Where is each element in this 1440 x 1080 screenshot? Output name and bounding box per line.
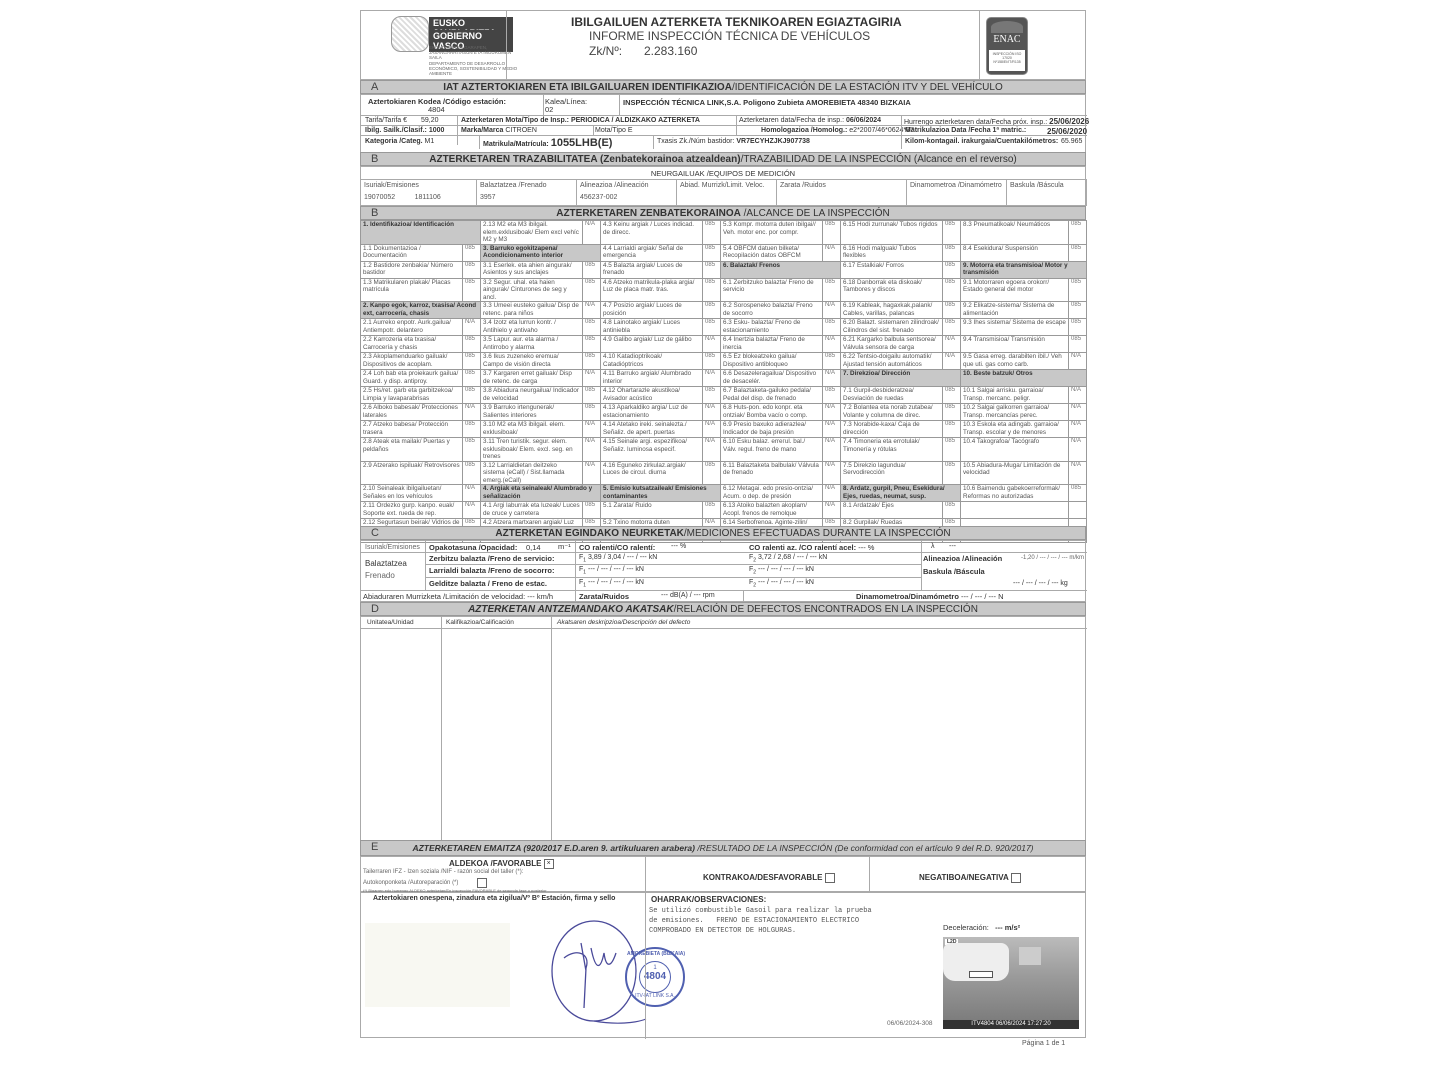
scope-item-result: N/A — [943, 336, 961, 353]
scope-item: 2.3 Akoplamenduarko gailuak/ Dispositivo… — [361, 353, 463, 370]
scope-item: 10.1 Salgai arrisku. garraioa/ Transp. m… — [961, 387, 1069, 404]
observations-text: Se utilizó combustible Gasoil para reali… — [649, 906, 872, 936]
report-number-label: Zk/Nº: — [589, 44, 622, 58]
scope-item: 3.10 M2 eta M3 ibilgail. elem. exklusibo… — [481, 421, 583, 438]
scope-row: 2.10 Seinaleak ibilgailuetan/ Señales en… — [361, 485, 1087, 502]
scope-item: 4.11 Barruko argiak/ Alumbrado interior — [601, 370, 703, 387]
scope-item-result: N/A — [823, 485, 841, 502]
scope-item-result: N/A — [703, 438, 721, 462]
odometer-reading: 65.965 — [1061, 138, 1082, 145]
scope-item: 2.4 Loh bab eta proiekaurk gailua/ Guard… — [361, 370, 463, 387]
scope-item-result: N/A — [583, 438, 601, 462]
basque-crest-icon — [391, 16, 429, 52]
vin-number: VR7ECYHZJKJ907738 — [736, 138, 810, 145]
col-rating: Kalifikazioa/Calificación — [446, 619, 514, 626]
scope-item: 4.15 Seinale argi. espezifikoa/ Señaliz.… — [601, 438, 703, 462]
sign-icon — [1019, 947, 1041, 965]
scope-item-result: 085 — [463, 353, 481, 370]
speed-limit: Abiaduraren Murrizketa /Limitación de ve… — [363, 592, 553, 601]
scope-item-result: N/A — [823, 461, 841, 485]
scope-item-result: 085 — [703, 387, 721, 404]
enac-logo: ENAC INSPECCIÓN ISO 17020 Nº158/EI/IT/R1… — [986, 17, 1028, 75]
scope-item-result: 085 — [943, 261, 961, 278]
scope-item-result: 085 — [583, 502, 601, 519]
equipment-id: 456237-002 — [580, 194, 617, 201]
emergency-brake-axle1: --- / --- / --- / --- kN — [588, 566, 644, 573]
scope-item-result: N/A — [1069, 461, 1087, 485]
scope-item-result: 085 — [943, 404, 961, 421]
scope-item: 2.1 Aurreko enpotr. Aurk.gailua/ Antiemp… — [361, 319, 463, 336]
opacity-value: 0,14 — [526, 543, 541, 552]
equipment-4: Abiad. Murrizk/Limit. Veloc. — [677, 180, 777, 206]
measurements: Isuriak/Emisiones Opakotasuna /Opacidad:… — [360, 540, 1086, 602]
scope-item-result: 085 — [943, 302, 961, 319]
scope-item: 6.22 Tentsio-doigailu automatik/ Ajustad… — [841, 353, 943, 370]
col-unit: Unitatea/Unidad — [367, 619, 414, 626]
vehicle-model: E — [628, 127, 633, 134]
scope-item-result: 085 — [463, 461, 481, 485]
scope-item: 3.2 Segur. uhal. eta haien aingurak/ Cin… — [481, 278, 583, 302]
scope-item: 4.8 Lainotako argiak/ Luces antiniebla — [601, 319, 703, 336]
scope-item: 3.5 Lapur. aur. eta alarma / Antirrobo y… — [481, 336, 583, 353]
equipment-title: NEURGAILUAK /EQUIPOS DE MEDICIÓN — [361, 169, 1085, 178]
title-es: INFORME INSPECCIÓN TÉCNICA DE VEHÍCULOS — [589, 29, 870, 43]
scope-item-result: N/A — [823, 336, 841, 353]
scope-row: 2. Kanpo egok, karroz, txasisa/ Acond ex… — [361, 302, 1087, 319]
scope-item-result: 085 — [703, 244, 721, 261]
scope-item-result: N/A — [1069, 438, 1087, 462]
scope-item-result: 085 — [583, 404, 601, 421]
scope-row: 1.3 Matrikularen plakak/ Placas matrícul… — [361, 278, 1087, 302]
scope-item-result: 085 — [583, 278, 601, 302]
unfavorable-checkbox[interactable] — [825, 873, 835, 883]
alignment-value: -1,20 / --- / --- / --- m/km — [1021, 555, 1084, 561]
scope-item-result: N/A — [823, 370, 841, 387]
scope-item-result: 085 — [823, 353, 841, 370]
co-idle-acc-value: --- % — [858, 543, 874, 552]
scope-item-result: 085 — [1069, 302, 1087, 319]
section-b-traceability-header: B AZTERKETAREN TRAZABILITATEA (Zenbateko… — [360, 152, 1086, 166]
scope-item-result: 085 — [823, 319, 841, 336]
inspection-type: PERIODICA / ALDIZKAKO AZTERKETA — [571, 117, 700, 124]
measuring-equipment: NEURGAILUAK /EQUIPOS DE MEDICIÓN Isuriak… — [360, 166, 1086, 206]
scope-item: 6.17 Estalkiak/ Forros — [841, 261, 943, 278]
scope-item: 1.3 Matrikularen plakak/ Placas matrícul… — [361, 278, 463, 302]
scope-item: 9.5 Gasa erreg. darabilten ibil./ Veh qu… — [961, 353, 1069, 370]
scope-item-result: 085 — [703, 278, 721, 302]
scope-item: 6.19 Kableak, hagaxkak,palank/ Cables, v… — [841, 302, 943, 319]
workshop-field-label: Tailerraren IFZ - Izen soziala /NIF - ra… — [363, 869, 523, 875]
scope-section-title: 10. Beste batzuk/ Otros — [961, 370, 1087, 387]
scope-section-title: 7. Direkzioa/ Dirección — [841, 370, 961, 387]
scope-item: 10.3 Eskola eta adingab. garraioa/ Trans… — [961, 421, 1069, 438]
scope-item: 1.1 Dokumentazioa / Documentación — [361, 244, 463, 261]
scope-row: 2.8 Ateak eta mailak/ Puertas y peldaños… — [361, 438, 1087, 462]
scope-item-result: N/A — [823, 244, 841, 261]
scope-item-result: 085 — [463, 244, 481, 261]
equipment-3: Alineazioa /Alineación456237-002 — [577, 180, 677, 206]
scope-item: 6.6 Desazeleragailua/ Dispositivo de des… — [721, 370, 823, 387]
scope-item: 4.16 Eguneko zirkulaz.argiak/ Luces de c… — [601, 461, 703, 485]
scope-item-result: 085 — [943, 221, 961, 245]
scope-item-result: 085 — [823, 278, 841, 302]
scope-row: 2.2 Karrozeria eta txasisa/ Carrocería y… — [361, 336, 1087, 353]
equipment-2: Balaztatzea /Frenado3957 — [477, 180, 577, 206]
scope-row: 2.3 Akoplamenduarko gailuak/ Dispositivo… — [361, 353, 1087, 370]
scope-row: 1. Identifikazioa/ Identificación2.13 M2… — [361, 221, 1087, 245]
scope-item-result: N/A — [823, 502, 841, 519]
car-front-icon — [943, 943, 1009, 981]
scope-item: 6.8 Huts-pon. edo konpr. eta ontziak/ Bo… — [721, 404, 823, 421]
scope-item: 5.3 Kompr. motorra duten ibilgai// Veh. … — [721, 221, 823, 245]
scope-section-title: 2. Kanpo egok, karroz, txasisa/ Acond ex… — [361, 302, 481, 319]
scope-item: 1.2 Bastidore zenbakia/ Número bastidor — [361, 261, 463, 278]
scope-item-result: 085 — [463, 370, 481, 387]
scope-item: 2.5 Hs/ret. garb eta garbitzekoa/ Limpia… — [361, 387, 463, 404]
defects-table: Unitatea/Unidad Kalifikazioa/Calificació… — [360, 616, 1086, 842]
scope-row: 2.6 Alboko babesak/ Protecciones lateral… — [361, 404, 1087, 421]
scope-item-result: 085 — [1069, 485, 1087, 502]
scope-item-result: 085 — [703, 302, 721, 319]
line-number: 02 — [545, 105, 553, 114]
scope-item: 6.20 Balazt. sistemaren zilindroak/ Cili… — [841, 319, 943, 336]
scope-item: 7.3 Norabide-kaxa/ Caja de dirección — [841, 421, 943, 438]
scope-item-result: N/A — [583, 461, 601, 485]
scope-item: 6.9 Presio baxuko adierazlea/ Indicador … — [721, 421, 823, 438]
scope-item: 3.6 Ikus zuzeneko eremua/ Campo de visió… — [481, 353, 583, 370]
station-stamp: AMOREBIETA (BIZKAIA) 1 4804 ITV-IAT LINK… — [625, 947, 685, 1007]
scope-item-result: N/A — [463, 319, 481, 336]
scope-item-result: N/A — [1069, 353, 1087, 370]
scope-section-title: 4. Argiak eta seinaleak/ Alumbrado y señ… — [481, 485, 601, 502]
scope-item-result: N/A — [703, 336, 721, 353]
equipment-5: Zarata /Ruidos — [777, 180, 907, 206]
scope-item: 4.9 Galibo argiak/ Luz de gálibo — [601, 336, 703, 353]
scope-item-result: N/A — [823, 438, 841, 462]
scope-item-result: 085 — [1069, 336, 1087, 353]
scope-item: 3.9 Barruko irtengunerak/ Salientes inte… — [481, 404, 583, 421]
scope-item-result: 085 — [823, 387, 841, 404]
scope-item-result: 085 — [943, 278, 961, 302]
scope-item: 3.4 Izotz eta lurrun kontr. / Antihielo … — [481, 319, 583, 336]
scope-item-result: N/A — [583, 221, 601, 245]
page-number: Página 1 de 1 — [1022, 1040, 1065, 1047]
scope-item-result: N/A — [823, 302, 841, 319]
scope-section-title: 1. Identifikazioa/ Identificación — [361, 221, 481, 245]
scope-item: 5.1 Zarata/ Ruido — [601, 502, 703, 519]
scope-item: 6.1 Zerbitzuko balazta/ Freno de servici… — [721, 278, 823, 302]
scope-item-result: N/A — [1069, 387, 1087, 404]
scope-item: 6.18 Danborrak eta diskoak/ Tambores y d… — [841, 278, 943, 302]
scope-item-result: 085 — [703, 319, 721, 336]
report-number: 2.283.160 — [644, 44, 697, 58]
scope-item-result: N/A — [823, 421, 841, 438]
title-eu: IBILGAILUEN AZTERKETA TEKNIKOAREN EGIAZT… — [571, 15, 902, 29]
scope-item-result: 085 — [703, 221, 721, 245]
scope-item: 8.3 Pneumatikoak/ Neumáticos — [961, 221, 1069, 245]
scope-item: 4.1 Argi laburrak eta luzeak/ Luces de c… — [481, 502, 583, 519]
scope-item: 3.7 Kargaren erret gailuak/ Disp de rete… — [481, 370, 583, 387]
scope-item-result: 085 — [703, 502, 721, 519]
scope-item-result: 085 — [583, 353, 601, 370]
scope-row: 2.4 Loh bab eta proiekaurk gailua/ Guard… — [361, 370, 1087, 387]
scope-item: 7.1 Gurpil-desbideratzea/ Desviación de … — [841, 387, 943, 404]
scope-item-result: N/A — [703, 404, 721, 421]
vehicle-brand: CITROEN — [505, 127, 537, 134]
scope-item: 10.4 Takografoa/ Tacógrafo — [961, 438, 1069, 462]
scope-item: 6.12 Metagai. edo presio-ontzia/ Acum. o… — [721, 485, 823, 502]
scope-item-result: 085 — [463, 387, 481, 404]
scope-item-result: 085 — [463, 261, 481, 278]
scope-item-result: 085 — [703, 461, 721, 485]
scope-row: 2.9 Atzerako ispiluak/ Retrovisores0853.… — [361, 461, 1087, 485]
col-description: Akatsaren deskripzioa/Descripción del de… — [557, 619, 690, 626]
favorable-checkbox[interactable]: × — [544, 859, 554, 869]
scope-item-result: N/A — [583, 421, 601, 438]
scope-row: 2.5 Hs/ret. garb eta garbitzekoa/ Limpia… — [361, 387, 1087, 404]
scope-section-title: 8. Ardatz, gurpil, Pneu, Esekidura/ Ejes… — [841, 485, 961, 502]
scope-item-result: 085 — [463, 336, 481, 353]
service-brake-axle1: 3,89 / 3,04 / --- / --- kN — [588, 554, 657, 561]
scope-item: 4.3 Keinu argiak / Luces indicad. de dir… — [601, 221, 703, 245]
scope-item: 10.5 Abiadura-Muga/ Limitación de veloci… — [961, 461, 1069, 485]
scope-item: 4.14 Atetako ireki. seinaleztа./ Señaliz… — [601, 421, 703, 438]
section-e-header: E AZTERKETAREN EMAITZA (920/2017 E.D.are… — [360, 840, 1086, 856]
scope-item-result: 085 — [583, 261, 601, 278]
scope-item: 3.3 Umeei eusteko gailua/ Disp de retenc… — [481, 302, 583, 319]
section-a-header: A IAT AZTERTOKIAREN ETA IBILGAILUAREN ID… — [360, 80, 1086, 94]
scope-item: 3.12 Larrialdietan deitzeko sistema (eCa… — [481, 461, 583, 485]
scope-item: 6.3 Esku- balazta/ Freno de estacionamie… — [721, 319, 823, 336]
scope-item: 7.5 Direkzio lagundua/ Servodirección — [841, 461, 943, 485]
scope-item: 2.10 Seinaleak ibilgailuetan/ Señales en… — [361, 485, 463, 502]
vehicle-photo: L2D ITV4804 06/06/2024 17:27:20 — [943, 937, 1079, 1029]
station-code: 4804 — [428, 105, 445, 114]
scope-item: 6.4 Inertzia balazta/ Freno de inercia — [721, 336, 823, 353]
scope-item: 4.13 Aparkaldiko argia/ Luz de estaciona… — [601, 404, 703, 421]
result-options: ALDEKOA /FAVORABLE × Tailerraren IFZ - I… — [360, 856, 1086, 892]
scope-item-result: N/A — [583, 370, 601, 387]
scope-item: 9.1 Motorraren egoera orokorr/ Estado ge… — [961, 278, 1069, 302]
signature-area — [365, 923, 510, 1007]
scope-item: 7.4 Timoneria eta errotulak/ Timonería y… — [841, 438, 943, 462]
scope-item: 4.7 Posizio argiak/ Luces de posición — [601, 302, 703, 319]
scope-item: 10.6 Baimendu gabekoerreformak/ Reformas… — [961, 485, 1069, 502]
scope-item: 4.6 Atzeko matrikula-plaka argia/ Luz de… — [601, 278, 703, 302]
scope-item-result: 085 — [943, 387, 961, 404]
scope-section-title: 5. Emisio kutsatzaileak/ Emisiones conta… — [601, 485, 721, 502]
scope-item: 4.12 Ohartarazle akustikoa/ Avisador acú… — [601, 387, 703, 404]
scope-item-result: 085 — [463, 438, 481, 462]
scope-row: 1.2 Bastidore zenbakia/ Número bastidor0… — [361, 261, 1087, 278]
service-brake-axle2: 3,72 / 2,68 / --- / --- kN — [758, 554, 827, 561]
scope-item: 3.8 Abiadura neurgailua/ Indicador de ve… — [481, 387, 583, 404]
scope-item-result: 085 — [583, 319, 601, 336]
license-plate: 1055LHB(E) — [551, 137, 613, 149]
scope-item: 6.15 Hodi zurrunak/ Tubos rígidos — [841, 221, 943, 245]
scope-item-result: 085 — [943, 244, 961, 261]
scope-item-result: N/A — [943, 353, 961, 370]
scope-item-result: 085 — [463, 278, 481, 302]
inspection-date: 06/06/2024 — [846, 117, 881, 124]
scope-item: 2.9 Atzerako ispiluak/ Retrovisores — [361, 461, 463, 485]
section-a-body: Aztertokiaren Kodea /Código estación: 48… — [360, 94, 1086, 158]
scope-item-result: 085 — [583, 387, 601, 404]
station-name: INSPECCIÓN TÉCNICA LINK,S.A. Poligono Zu… — [623, 98, 911, 107]
scope-item: 2.11 Ordezko gurp. kanpo. euak/ Soporte … — [361, 502, 463, 519]
photo-caption: ITV4804 06/06/2024 17:27:20 — [943, 1020, 1079, 1029]
scope-item: 8.4 Esekidura/ Suspensión — [961, 244, 1069, 261]
scope-item: 3.11 Tren turistik. segur. elem. esklusi… — [481, 438, 583, 462]
scope-item-result: 085 — [1069, 319, 1087, 336]
scope-item: 9.4 Transmisioa/ Transmisión — [961, 336, 1069, 353]
scope-item-result: N/A — [463, 485, 481, 502]
scope-item: 2.2 Karrozeria eta txasisa/ Carrocería y… — [361, 336, 463, 353]
scope-item-result: N/A — [463, 404, 481, 421]
scope-item: 3.1 Eserlek. eta ahien aingurak/ Asiento… — [481, 261, 583, 278]
inspection-report: EUSKO JAURLARITZA GOBIERNO VASCO EKONOMI… — [360, 10, 1086, 1050]
scope-item-result: 085 — [943, 461, 961, 485]
inspection-scope-table: 1. Identifikazioa/ Identificación2.13 M2… — [360, 220, 1087, 543]
scope-item: 2.13 M2 eta M3 ibilgail. elem.exklusiboa… — [481, 221, 583, 245]
scope-item-result: N/A — [463, 502, 481, 519]
co-idle-value: --- % — [671, 543, 686, 550]
scope-item-result: 085 — [703, 353, 721, 370]
emergency-brake-axle2: --- / --- / --- / --- kN — [758, 566, 814, 573]
scope-item: 8.1 Ardatzak/ Ejes — [841, 502, 943, 519]
scope-item: 6.10 Esku balaz. errегul. bal./ Válv. re… — [721, 438, 823, 462]
scope-row: 1.1 Dokumentazioa / Documentación0853. B… — [361, 244, 1087, 261]
scope-item-result: 085 — [1069, 244, 1087, 261]
scope-item: 6.11 Balaztaketa balbulak/ Válvula de fr… — [721, 461, 823, 485]
scope-section-title: 6. Balaztak/ Frenos — [721, 261, 841, 278]
scope-item: 6.2 Sorospeneko balazta/ Freno de socorr… — [721, 302, 823, 319]
vehicle-category: M1 — [425, 138, 435, 145]
scope-section-title: 3. Barruko egokitzapena/ Acondicionament… — [481, 244, 601, 261]
scope-item-result: N/A — [1069, 404, 1087, 421]
vehicle-class: 1000 — [429, 127, 445, 134]
scope-item-result — [1069, 502, 1087, 519]
scope-item-result: 085 — [943, 438, 961, 462]
scope-item: 2.6 Alboko babesak/ Protecciones lateral… — [361, 404, 463, 421]
parking-brake-axle2: --- / --- / --- / --- kN — [758, 579, 814, 586]
section-b-scope-header: B AZTERKETAREN ZENBATEKORAINOA /ALCANCE … — [360, 206, 1086, 220]
scope-item: 6.5 Ez blokeatzeko gailua/ Dispositivo a… — [721, 353, 823, 370]
section-c-header: C AZTERKETAN EGINDAKO NEURKETAK/MEDICION… — [360, 526, 1086, 540]
document-reference: 06/06/2024-308 — [887, 1020, 933, 1027]
equipment-id: 3957 — [480, 194, 496, 201]
scope-item-result: 085 — [1069, 221, 1087, 245]
parking-brake-axle1: --- / --- / --- / --- kN — [588, 579, 644, 586]
scope-item-result: 085 — [583, 336, 601, 353]
scope-item: 2.7 Atzeko babesa/ Protección trasera — [361, 421, 463, 438]
scope-item-result: N/A — [583, 302, 601, 319]
scope-item-result: 085 — [943, 319, 961, 336]
scope-item-result: 085 — [703, 261, 721, 278]
scope-item: 6.7 Balaztaketa-gailuko pedala/ Pedal de… — [721, 387, 823, 404]
section-d-header: D AZTERKETAN ANTZEMANDAKO AKATSAK/RELACI… — [360, 602, 1086, 616]
scope-item-result: N/A — [823, 404, 841, 421]
scope-item: 2.8 Ateak eta mailak/ Puertas y peldaños — [361, 438, 463, 462]
scope-item — [961, 502, 1069, 519]
scope-item: 6.21 Kargarko balbula sentsorea/ Válvula… — [841, 336, 943, 353]
scope-item-result: 085 — [943, 421, 961, 438]
scope-item-result: N/A — [703, 370, 721, 387]
tariff: 59,20 — [421, 117, 439, 124]
scope-row: 2.11 Ordezko gurp. kanpo. euak/ Soporte … — [361, 502, 1087, 519]
dyno-value: --- / --- / --- N — [961, 592, 1003, 601]
deceleration-value: --- m/s² — [995, 923, 1020, 932]
scope-item: 5.4 OBFCM datuen bilketa/ Recopilación d… — [721, 244, 823, 261]
scope-row: 2.1 Aurreko enpotr. Aurk.gailua/ Antiemp… — [361, 319, 1087, 336]
enac-emblem-icon — [991, 21, 1023, 33]
scope-item: 9.3 Ihes sistema/ Sistema de escape — [961, 319, 1069, 336]
scope-item-result: N/A — [703, 421, 721, 438]
scope-item: 4.4 Larrialdi argiak/ Señal de emergenci… — [601, 244, 703, 261]
scope-row: 2.7 Atzeko babesa/ Protección trasera085… — [361, 421, 1087, 438]
scope-item: 10.2 Salgai galkorren garraioa/ Transp. … — [961, 404, 1069, 421]
equipment-1: Isuriak/Emisiones19070052 1811106 — [361, 180, 477, 206]
report-header: EUSKO JAURLARITZA GOBIERNO VASCO EKONOMI… — [360, 10, 1086, 80]
scope-item: 9.2 Elikatze-sistema/ Sistema de aliment… — [961, 302, 1069, 319]
scope-section-title: 9. Motorra eta transmisioa/ Motor y tran… — [961, 261, 1087, 278]
signature-and-observations: Aztertokiaren onespena, zinadura eta zig… — [360, 892, 1086, 1038]
noise-value: --- dB(A) / --- rpm — [661, 592, 715, 599]
lambda-value: --- — [949, 543, 956, 550]
scope-item: 6.16 Hodi malguak/ Tubos flexibles — [841, 244, 943, 261]
scale-value: --- / --- / --- / --- kg — [1013, 580, 1068, 587]
scope-item: 4.10 Katadioptrikoak/ Catadióptricos — [601, 353, 703, 370]
equipment-6: Dinamometroa /Dinamómetro — [907, 180, 1007, 206]
self-repair-checkbox[interactable] — [477, 878, 487, 888]
scope-item-result: 085 — [1069, 278, 1087, 302]
scope-item: 7.2 Bolantea eta norab zutabea/ Volante … — [841, 404, 943, 421]
equipment-7: Baskula /Báscula — [1007, 180, 1087, 206]
scope-item-result: 085 — [823, 221, 841, 245]
scope-item: 4.5 Balazta argiak/ Luces de frenado — [601, 261, 703, 278]
scope-item: 6.13 Atoiko balazten akoplam/ Acopl. fre… — [721, 502, 823, 519]
scope-item-result: N/A — [1069, 421, 1087, 438]
equipment-id: 19070052 1811106 — [364, 194, 441, 201]
scope-item-result: 085 — [463, 421, 481, 438]
scope-item-result: 085 — [943, 502, 961, 519]
negative-checkbox[interactable] — [1011, 873, 1021, 883]
